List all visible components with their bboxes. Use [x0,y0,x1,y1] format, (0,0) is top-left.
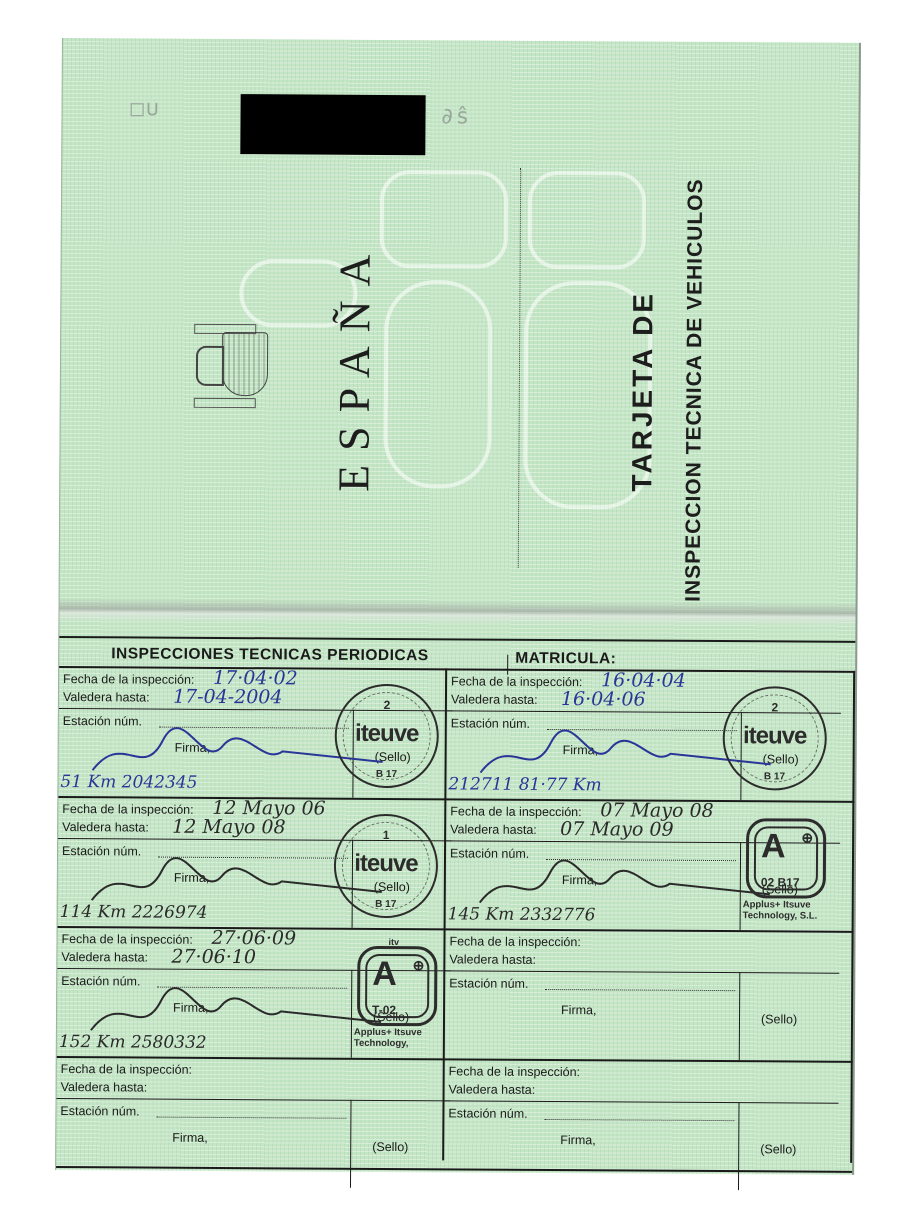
station-label: Estación núm. [448,1106,527,1120]
inspection-entry-row3-right: Fecha de la inspección:Valedera hasta:Es… [449,930,838,1060]
inspection-entry-row1-right: Fecha de la inspección:Valedera hasta:Es… [450,670,839,800]
station-label: Estación núm. [449,976,528,990]
inspection-date-label: Fecha de la inspección: [61,932,192,947]
inspection-date-label: Fecha de la inspección: [451,674,582,689]
inspection-form: INSPECCIONES TECNICAS PERIODICAS MATRICU… [56,626,855,1175]
applus-itv-stamp: itvA⊕T-02Applus+ ItsuveTechnology, [357,946,437,1026]
separator [445,1100,839,1103]
station-dotted-line [545,989,735,991]
inspection-entry-row4-left: Fecha de la inspección:Valedera hasta:Es… [60,1058,449,1188]
itv-station-stamp: 2iteuveB 17 [722,686,827,791]
dotted-divider [518,168,521,568]
valid-until-label: Valedera hasta: [449,1082,536,1097]
seal-label: (Sello) [372,1140,408,1154]
inspection-entry-row2-right: Fecha de la inspección:Valedera hasta:Es… [450,800,839,930]
applus-itv-stamp: A⊕02 B17Applus+ ItsuveTechnology, S.L. [746,818,826,898]
seal-divider [739,972,741,1060]
signature-label: Firma, [560,1133,596,1147]
valid-until-label: Valedera hasta: [63,690,150,705]
perforated-number-left: □∪ [130,96,161,121]
seal-divider [350,1100,352,1188]
inspection-entry-row1-left: Fecha de la inspección:Valedera hasta:Es… [62,668,451,798]
station-dotted-line [156,1117,346,1119]
inspection-date-label: Fecha de la inspección: [450,804,581,819]
seal-label: (Sello) [761,1012,797,1026]
seal-label: (Sello) [760,1142,796,1156]
station-label: Estación núm. [60,1104,139,1118]
handwritten-valid-until: 07 Mayo 09 [560,818,674,841]
station-dotted-line [544,1119,734,1121]
perforated-number-right: ∂ŝ [440,104,471,129]
inspection-date-label: Fecha de la inspección: [62,802,193,817]
signature-scribble [470,853,770,935]
valid-until-label: Valedera hasta: [450,822,537,837]
itv-station-stamp: 2iteuveB 17 [334,684,439,789]
registration-label: MATRICULA: [515,650,616,669]
inspection-date-label: Fecha de la inspección: [61,1062,192,1077]
periodic-inspections-header: INSPECCIONES TECNICAS PERIODICAS [111,645,429,665]
inspection-card: □∪ ∂ŝ ESPAÑA TARJETA DE INSPECCION TECNI… [55,38,861,1175]
valid-until-label: Valedera hasta: [61,1080,148,1095]
valid-until-label: Valedera hasta: [449,952,536,967]
country-title: ESPAÑA [328,241,381,492]
inspection-entry-row4-right: Fecha de la inspección:Valedera hasta:Es… [448,1060,837,1190]
signature-scribble [81,980,381,1062]
valid-until-label: Valedera hasta: [451,692,538,707]
inspection-date-label: Fecha de la inspección: [449,1064,580,1079]
coat-of-arms-icon [194,324,283,410]
signature-label: Firma, [561,1003,597,1017]
valid-until-label: Valedera hasta: [62,820,149,835]
handwritten-valid-until: 16·04·06 [561,688,646,711]
watermark-lion [383,280,492,489]
separator [57,1098,451,1101]
valid-until-label: Valedera hasta: [61,950,148,965]
inspection-date-label: Fecha de la inspección: [449,934,580,949]
watermark-castle-left [380,170,509,269]
card-title-line2: INSPECCION TECNICA DE VEHICULOS [682,178,709,602]
inspection-entry-row3-left: Fecha de la inspección:Valedera hasta:Es… [61,928,450,1058]
itv-station-stamp: 1iteuveB 17 [334,814,439,919]
handwritten-valid-until: 12 Mayo 08 [172,816,286,839]
inspection-date-label: Fecha de la inspección: [63,672,194,687]
card-title-line1: TARJETA DE [626,291,659,492]
handwritten-valid-until: 27·06·10 [171,946,256,969]
signature-label: Firma, [172,1131,208,1145]
card-cover: □∪ ∂ŝ ESPAÑA TARJETA DE INSPECCION TECNI… [78,38,859,615]
inspection-entry-row2-left: Fecha de la inspección:Valedera hasta:Es… [62,798,451,928]
handwritten-valid-until: 17-04-2004 [173,686,283,709]
seal-divider [738,1102,740,1190]
redacted-number [240,94,425,155]
fold-crease [59,598,855,627]
watermark-castle-right [528,171,647,270]
separator [445,970,839,973]
